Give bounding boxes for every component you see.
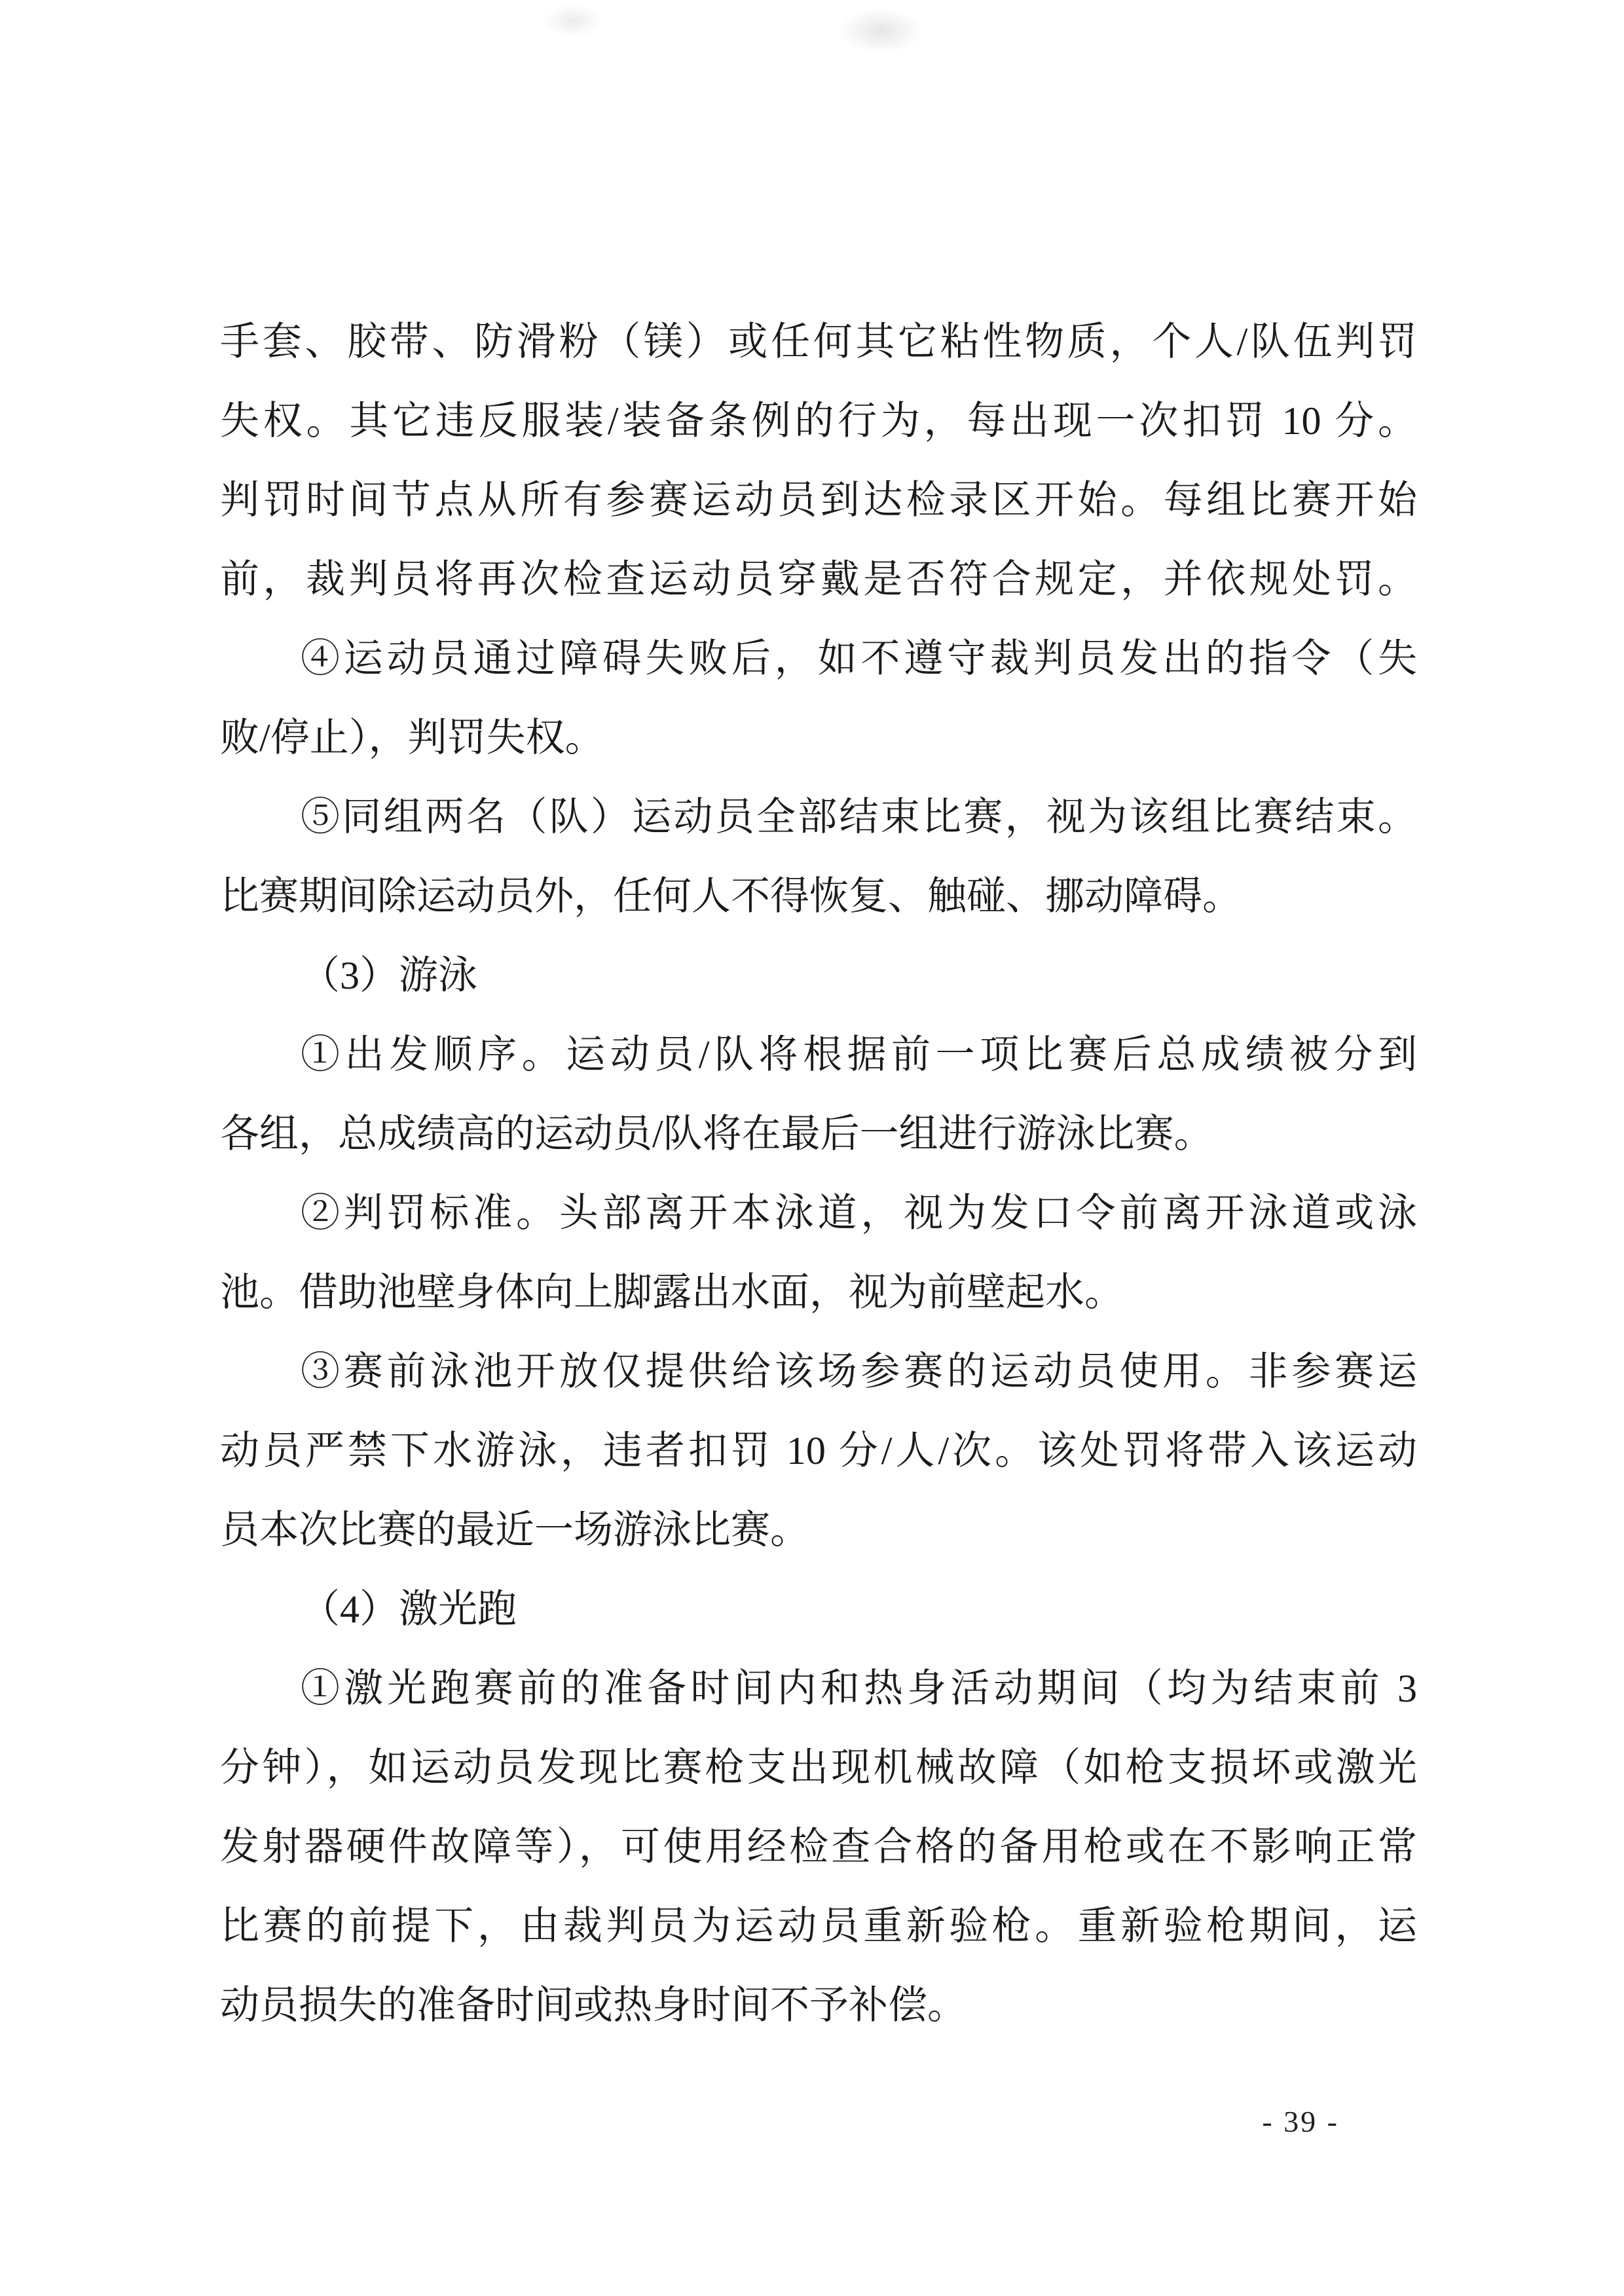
page-number: - 39 -	[1262, 2092, 1339, 2151]
text-line: ①出发顺序。运动员/队将根据前一项比赛后总成绩被分到	[220, 1015, 1417, 1095]
text-line: ①激光跑赛前的准备时间内和热身活动期间（均为结束前 3	[220, 1649, 1417, 1728]
text-line: 各组，总成绩高的运动员/队将在最后一组进行游泳比赛。	[220, 1095, 1417, 1174]
text-line: 手套、胶带、防滑粉（镁）或任何其它粘性物质，个人/队伍判罚	[220, 302, 1417, 382]
scan-artifact	[838, 8, 923, 54]
text-line: 比赛期间除运动员外，任何人不得恢复、触碰、挪动障碍。	[220, 857, 1417, 936]
text-line: 判罚时间节点从所有参赛运动员到达检录区开始。每组比赛开始	[220, 461, 1417, 540]
page-body-text: 手套、胶带、防滑粉（镁）或任何其它粘性物质，个人/队伍判罚 失权。其它违反服装/…	[220, 302, 1417, 2045]
text-line: ②判罚标准。头部离开本泳道，视为发口令前离开泳道或泳	[220, 1174, 1417, 1253]
scan-artifact	[544, 4, 602, 38]
text-line: ⑤同组两名（队）运动员全部结束比赛，视为该组比赛结束。	[220, 778, 1417, 857]
text-line: 动员损失的准备时间或热身时间不予补偿。	[220, 1966, 1417, 2045]
text-line: 前，裁判员将再次检查运动员穿戴是否符合规定，并依规处罚。	[220, 540, 1417, 619]
text-line: 失权。其它违反服装/装备条例的行为，每出现一次扣罚 10 分。	[220, 382, 1417, 461]
text-line: 动员严禁下水游泳，违者扣罚 10 分/人/次。该处罚将带入该运动	[220, 1412, 1417, 1491]
text-line: 池。借助池壁身体向上脚露出水面，视为前壁起水。	[220, 1253, 1417, 1332]
document-page: 手套、胶带、防滑粉（镁）或任何其它粘性物质，个人/队伍判罚 失权。其它违反服装/…	[0, 0, 1624, 2296]
text-line: 发射器硬件故障等），可使用经检查合格的备用枪或在不影响正常	[220, 1808, 1417, 1887]
text-line: 分钟），如运动员发现比赛枪支出现机械故障（如枪支损坏或激光	[220, 1728, 1417, 1808]
text-line: ③赛前泳池开放仅提供给该场参赛的运动员使用。非参赛运	[220, 1332, 1417, 1412]
text-line: 员本次比赛的最近一场游泳比赛。	[220, 1491, 1417, 1570]
text-line: 比赛的前提下，由裁判员为运动员重新验枪。重新验枪期间，运	[220, 1887, 1417, 1966]
text-line: 败/停止），判罚失权。	[220, 699, 1417, 778]
text-line: ④运动员通过障碍失败后，如不遵守裁判员发出的指令（失	[220, 619, 1417, 699]
text-line: （4）激光跑	[220, 1570, 1417, 1649]
text-line: （3）游泳	[220, 936, 1417, 1015]
